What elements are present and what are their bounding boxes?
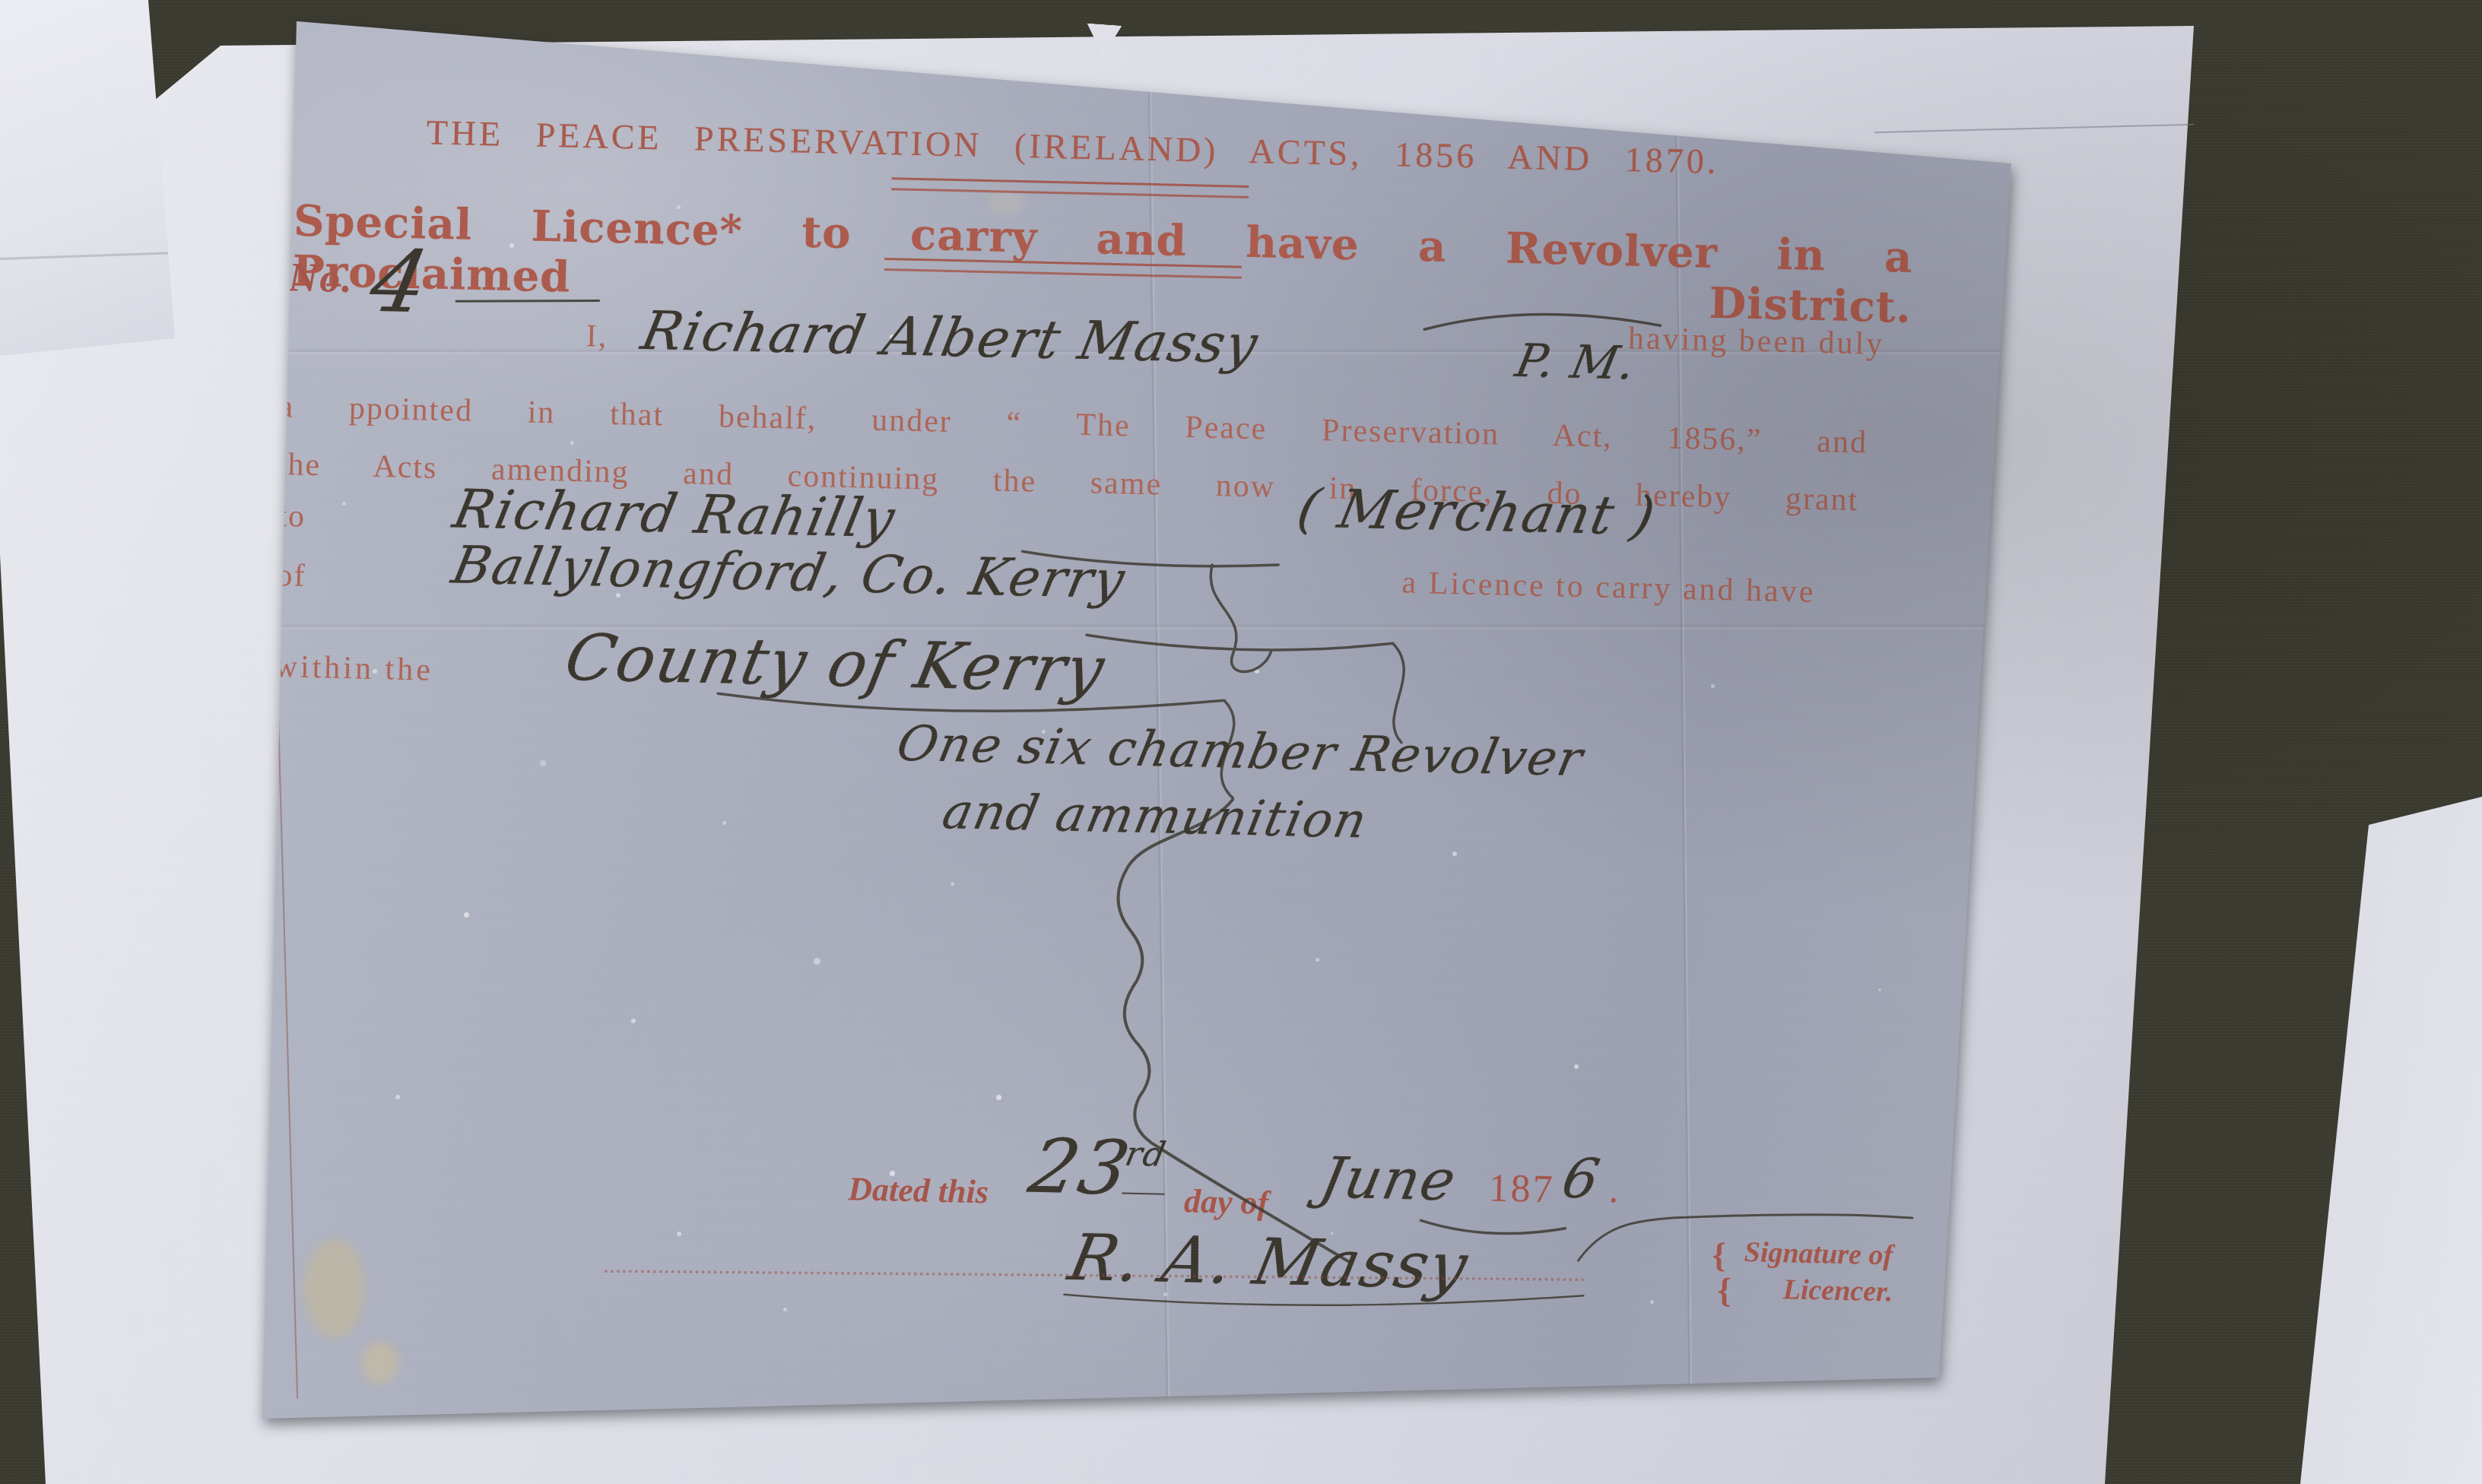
overlapping-corner-paper [0,0,179,357]
document-paper: 1,250. 8. 75.—Printed by Alexander Thom,… [144,15,2115,1423]
pen-flourishes [114,8,2116,1460]
pen-flourish-month [1420,1220,1565,1235]
pen-descender-loop [1208,565,1273,672]
printer-imprint: 1,250. 8. 75.—Printed by Alexander Thom,… [230,342,255,1163]
document-content: THE PEACE PRESERVATION (IRELAND) ACTS, 1… [114,8,2116,1460]
pen-underline-address [1084,635,1404,742]
pen-dash-after-name [1022,551,1278,568]
licence-document: 1,250. 8. 75.—Printed by Alexander Thom,… [144,15,2115,1423]
pen-squiggle [1110,797,1359,1261]
right-edge-paper [2243,791,2482,1484]
pen-signature-underline [1064,1284,1583,1312]
photo-of-licence-document: 1,250. 8. 75.—Printed by Alexander Thom,… [0,0,2482,1484]
pen-bracket-stroke [1578,1209,1912,1268]
pen-underline-district [716,689,1235,797]
pen-overline [1424,312,1660,335]
